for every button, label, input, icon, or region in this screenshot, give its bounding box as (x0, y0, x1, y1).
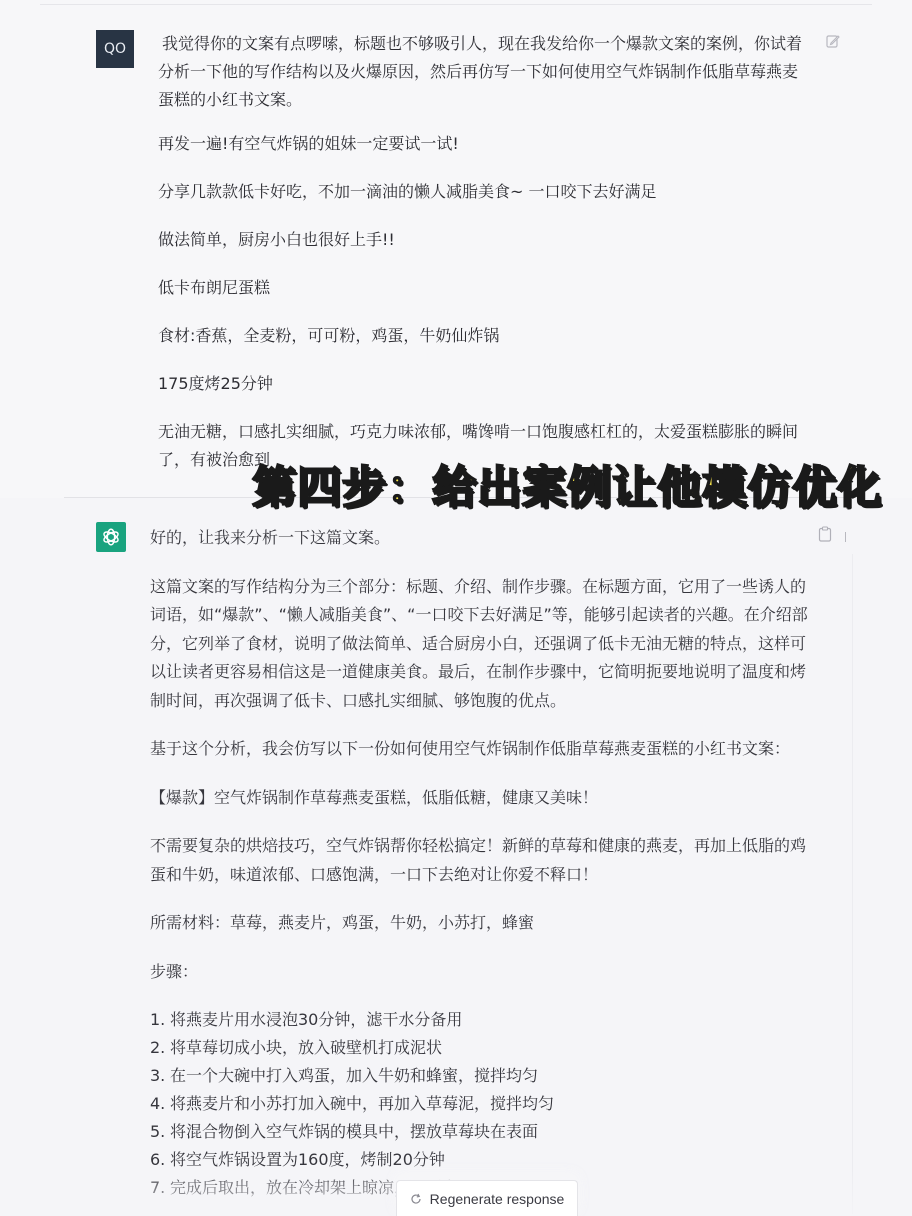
user-paragraph: 分享几款款低卡好吃，不加一滴油的懒人减脂美食~ 一口咬下去好满足 (158, 178, 808, 206)
list-item: 1.将燕麦片用水浸泡30分钟，滤干水分备用 (150, 1006, 810, 1034)
copy-description: 不需要复杂的烘焙技巧，空气炸锅帮你轻松搞定！新鲜的草莓和健康的燕麦，再加上低脂的… (150, 832, 810, 889)
copy-title: 【爆款】空气炸锅制作草莓燕麦蛋糕，低脂低糖，健康又美味！ (150, 784, 810, 813)
steps-label: 步骤： (150, 958, 810, 987)
list-item: 2.将草莓切成小块，放入破壁机打成泥状 (150, 1034, 810, 1062)
user-message: QO 我觉得你的文案有点啰嗦，标题也不够吸引人，现在我发给你一个爆款文案的案例，… (0, 0, 912, 495)
list-item: 6.将空气炸锅设置为160度，烤制20分钟 (150, 1146, 810, 1174)
user-paragraph: 低卡布朗尼蛋糕 (158, 274, 808, 302)
user-paragraph: 我觉得你的文案有点啰嗦，标题也不够吸引人，现在我发给你一个爆款文案的案例，你试着… (158, 30, 808, 114)
regenerate-label: Regenerate response (430, 1191, 565, 1207)
user-paragraph: 再发一遍!有空气炸锅的姐妹一定要试一试! (158, 130, 808, 158)
assistant-message: 好的，让我来分析一下这篇文案。 这篇文案的写作结构分为三个部分：标题、介绍、制作… (0, 498, 912, 1216)
regenerate-response-button[interactable]: Regenerate response (396, 1180, 578, 1216)
divider (852, 554, 853, 1214)
ingredients-line: 所需材料：草莓，燕麦片，鸡蛋，牛奶，小苏打，蜂蜜 (150, 909, 810, 938)
user-paragraph: 做法简单，厨房小白也很好上手!! (158, 226, 808, 254)
list-item: 5.将混合物倒入空气炸锅的模具中，摆放草莓块在表面 (150, 1118, 810, 1146)
edit-icon[interactable] (826, 34, 840, 48)
steps-list: 1.将燕麦片用水浸泡30分钟，滤干水分备用 2.将草莓切成小块，放入破壁机打成泥… (150, 1006, 810, 1202)
assistant-message-text: 好的，让我来分析一下这篇文案。 这篇文案的写作结构分为三个部分：标题、介绍、制作… (150, 524, 810, 1202)
overlay-caption: 第四步：给出案例让他模仿优化 (252, 458, 882, 518)
user-message-text: 我觉得你的文案有点啰嗦，标题也不够吸引人，现在我发给你一个爆款文案的案例，你试着… (158, 30, 808, 494)
assistant-transition: 基于这个分析，我会仿写以下一份如何使用空气炸锅制作低脂草莓燕麦蛋糕的小红书文案： (150, 735, 810, 764)
refresh-icon (410, 1193, 422, 1205)
user-paragraph: 175度烤25分钟 (158, 370, 808, 398)
clipboard-icon[interactable] (818, 526, 832, 542)
assistant-intro: 好的，让我来分析一下这篇文案。 (150, 524, 810, 553)
user-avatar: QO (96, 30, 134, 68)
openai-logo-icon (96, 522, 126, 552)
chat-page: QO 我觉得你的文案有点啰嗦，标题也不够吸引人，现在我发给你一个爆款文案的案例，… (0, 0, 912, 1216)
assistant-analysis: 这篇文案的写作结构分为三个部分：标题、介绍、制作步骤。在标题方面，它用了一些诱人… (150, 573, 810, 716)
divider (40, 4, 872, 5)
user-paragraph: 食材:香蕉，全麦粉，可可粉，鸡蛋，牛奶仙炸锅 (158, 322, 808, 350)
thumbs-up-icon[interactable] (845, 532, 850, 542)
list-item: 4.将燕麦片和小苏打加入碗中，再加入草莓泥，搅拌均匀 (150, 1090, 810, 1118)
list-item: 3.在一个大碗中打入鸡蛋，加入牛奶和蜂蜜，搅拌均匀 (150, 1062, 810, 1090)
